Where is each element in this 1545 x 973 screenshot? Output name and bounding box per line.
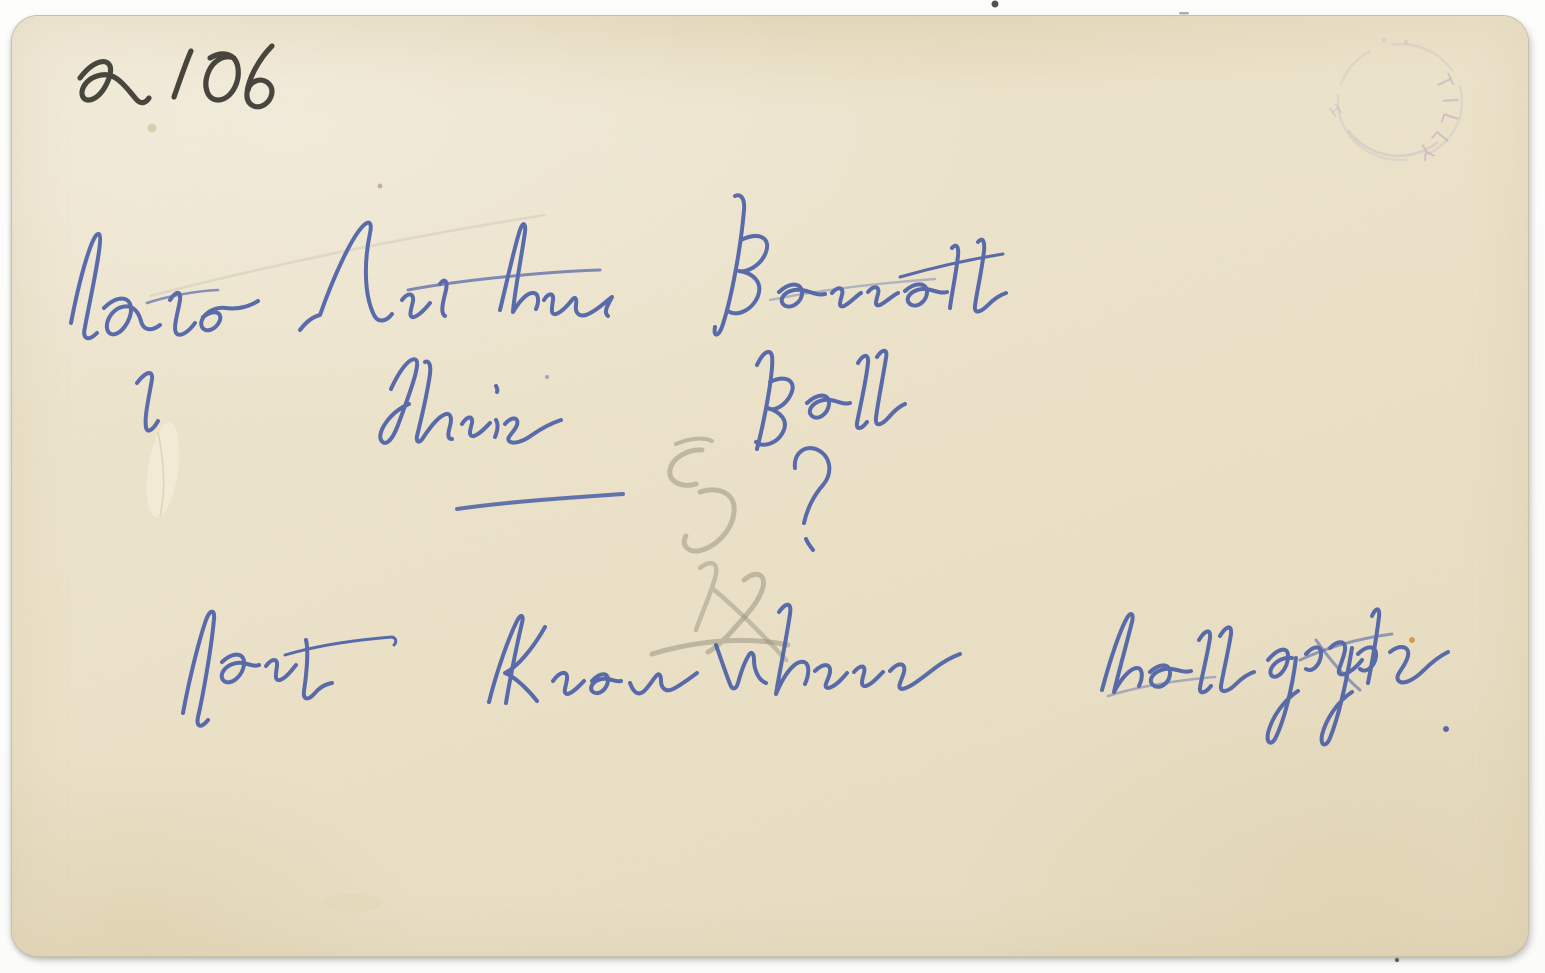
dust-speck <box>992 1 999 8</box>
handwriting-layer: TILLY H <box>0 0 1545 973</box>
faint-stain <box>148 124 157 133</box>
word-chris-i <box>495 420 498 437</box>
dust-speck-bottom <box>1395 958 1399 962</box>
stray-ink-dot <box>545 375 549 379</box>
scanned-index-card: TILLY H <box>0 0 1545 973</box>
paper-grain-texture <box>12 16 1528 956</box>
period-dot <box>1443 726 1449 732</box>
orange-fleck <box>1409 637 1415 643</box>
stamp-dot <box>1382 38 1386 42</box>
word-chris-i-dot <box>496 386 497 392</box>
stamp-dot2 <box>1404 40 1408 44</box>
fox-spot <box>378 184 383 189</box>
bottom-smudge <box>322 894 382 912</box>
edge-speck <box>1179 12 1189 14</box>
